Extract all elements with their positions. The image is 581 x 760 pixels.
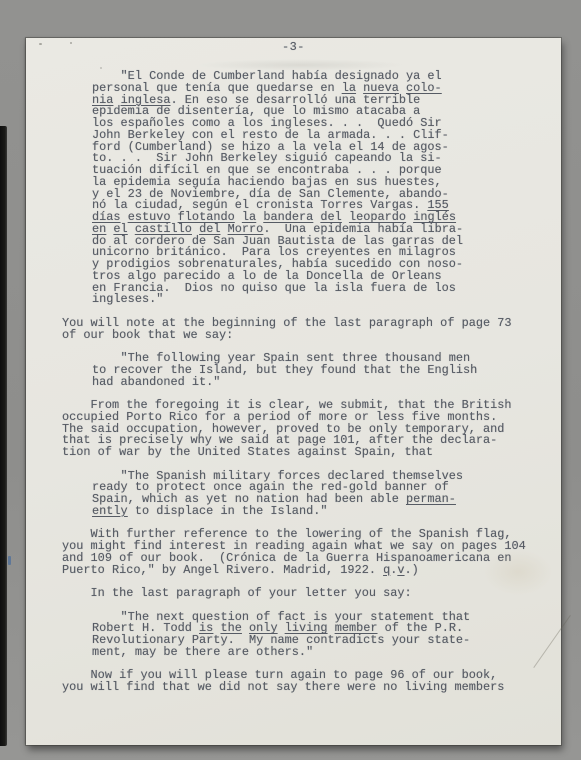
pen-mark — [8, 556, 11, 565]
text-segment: In the last paragraph of your letter you… — [62, 586, 412, 600]
block-quote: "The Spanish military forces declared th… — [92, 471, 556, 518]
text-segment: of our book that we say: — [62, 328, 233, 342]
text-segment: ment, may be there are others." — [92, 645, 313, 659]
paragraph: From the foregoing it is clear, we submi… — [62, 400, 556, 459]
text-segment: .) — [405, 563, 419, 577]
text-segment: had abandoned it." — [92, 375, 220, 389]
scan-background: -3- "El Conde de Cumberland había design… — [0, 0, 581, 760]
scan-edge-artifact — [0, 126, 7, 746]
text-segment: you will find that we did not say there … — [62, 680, 504, 694]
paragraph: With further reference to the lowering o… — [62, 529, 556, 576]
underlined-text: perman- — [406, 492, 456, 506]
text-line: ingleses." — [92, 294, 556, 306]
underlined-text: v — [397, 563, 404, 577]
paragraph: Now if you will please turn again to pag… — [62, 670, 556, 694]
text-line: ment, may be there are others." — [92, 647, 556, 659]
text-line: had abandoned it." — [92, 377, 556, 389]
document-lines: "El Conde de Cumberland había designado … — [62, 71, 556, 706]
document-page: -3- "El Conde de Cumberland había design… — [26, 38, 561, 745]
text-line: of our book that we say: — [62, 330, 556, 342]
underlined-text: ently — [92, 504, 128, 518]
text-segment: tion of war by the United States against… — [62, 445, 433, 459]
paragraph: In the last paragraph of your letter you… — [62, 588, 556, 600]
text-line: tion of war by the United States against… — [62, 447, 556, 459]
block-quote: "El Conde de Cumberland había designado … — [92, 71, 556, 306]
page-number: -3- — [26, 41, 561, 53]
text-segment: Puerto Rico," by Angel Rivero. Madrid, 1… — [62, 563, 383, 577]
text-segment: ingleses." — [92, 292, 163, 306]
block-quote: "The next question of fact is your state… — [92, 612, 556, 659]
paper-stain — [483, 549, 553, 595]
text-line: ently to displace in the Island." — [92, 506, 556, 518]
block-quote: "The following year Spain sent three tho… — [92, 353, 556, 388]
paragraph: You will note at the beginning of the la… — [62, 318, 556, 342]
text-line: you will find that we did not say there … — [62, 682, 556, 694]
text-line: In the last paragraph of your letter you… — [62, 588, 556, 600]
text-segment: to displace in the Island." — [128, 504, 328, 518]
text-line: Puerto Rico," by Angel Rivero. Madrid, 1… — [62, 565, 556, 577]
